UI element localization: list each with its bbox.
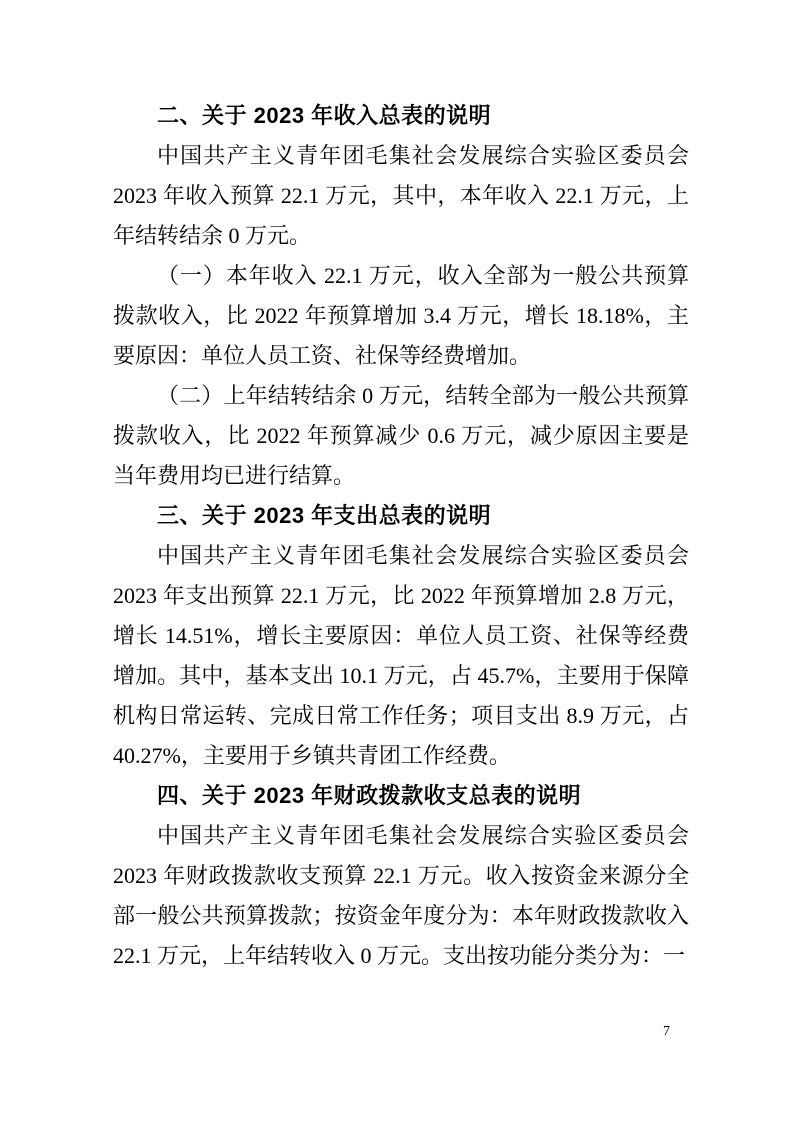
- section-heading-fiscal-appropriation: 四、关于 2023 年财政拨款收支总表的说明: [113, 776, 689, 816]
- page-number: 7: [663, 1022, 670, 1042]
- paragraph-expenditure-total: 中国共产主义青年团毛集社会发展综合实验区委员会 2023 年支出预算 22.1 …: [113, 536, 689, 776]
- document-page: 二、关于 2023 年收入总表的说明 中国共产主义青年团毛集社会发展综合实验区委…: [0, 0, 793, 1122]
- section-income-summary: 二、关于 2023 年收入总表的说明 中国共产主义青年团毛集社会发展综合实验区委…: [113, 96, 689, 496]
- paragraph-income-carryover: （二）上年结转结余 0 万元，结转全部为一般公共预算拨款收入，比 2022 年预…: [113, 376, 689, 496]
- paragraph-income-total: 中国共产主义青年团毛集社会发展综合实验区委员会 2023 年收入预算 22.1 …: [113, 136, 689, 256]
- paragraph-fiscal-appropriation: 中国共产主义青年团毛集社会发展综合实验区委员会 2023 年财政拨款收支预算 2…: [113, 816, 689, 976]
- document-content: 二、关于 2023 年收入总表的说明 中国共产主义青年团毛集社会发展综合实验区委…: [113, 96, 689, 976]
- section-heading-income: 二、关于 2023 年收入总表的说明: [113, 96, 689, 136]
- section-fiscal-appropriation-summary: 四、关于 2023 年财政拨款收支总表的说明 中国共产主义青年团毛集社会发展综合…: [113, 776, 689, 976]
- section-heading-expenditure: 三、关于 2023 年支出总表的说明: [113, 496, 689, 536]
- paragraph-income-current-year: （一）本年收入 22.1 万元，收入全部为一般公共预算拨款收入，比 2022 年…: [113, 256, 689, 376]
- section-expenditure-summary: 三、关于 2023 年支出总表的说明 中国共产主义青年团毛集社会发展综合实验区委…: [113, 496, 689, 776]
